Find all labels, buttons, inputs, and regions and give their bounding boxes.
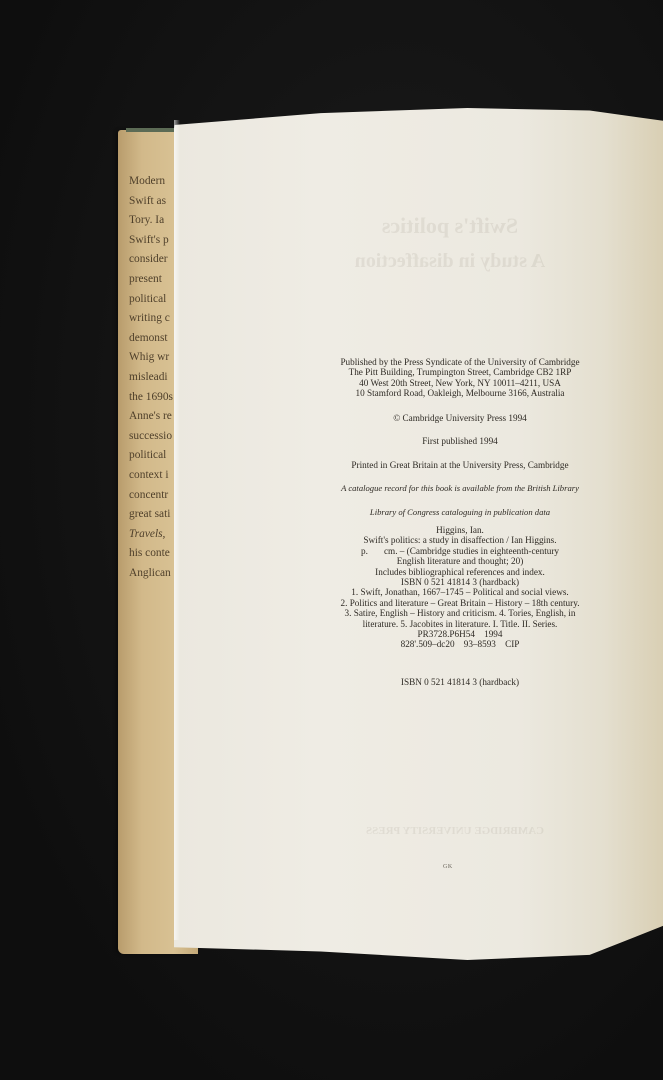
showthrough-subtitle: A study in disaffection [300,250,600,273]
jacket-line: great sati [129,505,177,525]
cip-line: p. cm. – (Cambridge studies in eighteent… [300,546,620,556]
jacket-line: context i [129,466,177,486]
jacket-line: Anglican [129,564,177,584]
jacket-line: the 1690s [129,388,177,408]
cip-line: 828'.509–dc20 93–8593 CIP [300,639,620,649]
jacket-line: demonst [129,329,177,349]
jacket-line: Anne's re [129,407,177,427]
cip-line: English literature and thought; 20) [300,556,620,566]
publisher-line: 10 Stamford Road, Oakleigh, Melbourne 31… [300,388,620,398]
jacket-line: writing c [129,309,177,329]
page-edge-highlight [174,120,180,940]
jacket-flap-text: Modern Swift as Tory. Ia Swift's p consi… [129,172,177,583]
publisher-line: Published by the Press Syndicate of the … [300,357,620,367]
jacket-line: Swift's p [129,231,177,251]
loc-heading: Library of Congress cataloguing in publi… [300,507,620,517]
cip-line: Swift's politics: a study in disaffectio… [300,535,620,545]
cip-data-block: Higgins, Ian. Swift's politics: a study … [300,525,620,650]
publisher-line: The Pitt Building, Trumpington Street, C… [300,367,620,377]
jacket-line: successio [129,427,177,447]
copyright-notice: © Cambridge University Press 1994 [300,413,620,423]
publisher-line: 40 West 20th Street, New York, NY 10011–… [300,378,620,388]
jacket-line: consider [129,250,177,270]
printed-in: Printed in Great Britain at the Universi… [300,460,620,470]
cip-line: literature. 5. Jacobites in literature. … [300,619,620,629]
cip-line: Includes bibliographical references and … [300,567,620,577]
jacket-line: Whig wr [129,348,177,368]
jacket-line: concentr [129,486,177,506]
jacket-line: misleadi [129,368,177,388]
jacket-line: political [129,446,177,466]
publisher-address-block: Published by the Press Syndicate of the … [300,357,620,399]
cip-line: 1. Swift, Jonathan, 1667–1745 – Politica… [300,587,620,597]
jacket-line: his conte [129,544,177,564]
jacket-line: Travels, [129,525,177,545]
signature-mark: GK [443,864,453,870]
cip-line: ISBN 0 521 41814 3 (hardback) [300,577,620,587]
jacket-line: present [129,270,177,290]
jacket-board-edge [126,128,178,132]
british-library-notice: A catalogue record for this book is avai… [300,483,620,493]
cip-line: Higgins, Ian. [300,525,620,535]
showthrough-publisher-logo: CAMBRIDGE UNIVERSITY PRESS [365,825,545,837]
jacket-line: Tory. Ia [129,211,177,231]
jacket-line: political [129,290,177,310]
showthrough-title: Swift's politics [300,213,600,239]
cip-line: 2. Politics and literature – Great Brita… [300,598,620,608]
cip-line: 3. Satire, English – History and critici… [300,608,620,618]
jacket-line: Modern [129,172,177,192]
cip-line: PR3728.P6H54 1994 [300,629,620,639]
isbn: ISBN 0 521 41814 3 (hardback) [300,677,620,687]
jacket-line: Swift as [129,192,177,212]
first-published: First published 1994 [300,436,620,446]
